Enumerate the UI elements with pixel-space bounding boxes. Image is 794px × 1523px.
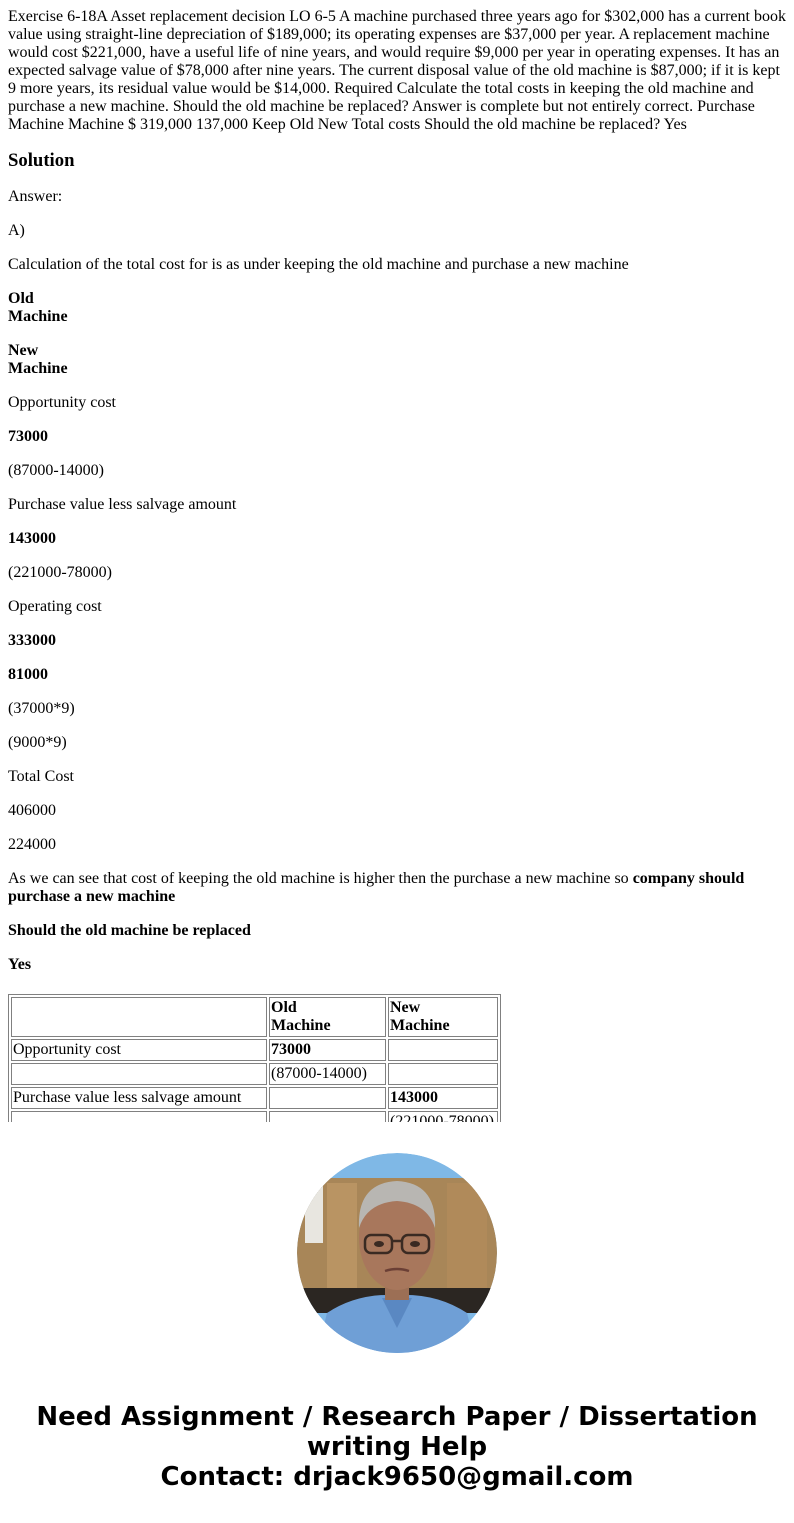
table-cell bbox=[388, 1039, 498, 1061]
operating-new: 81000 bbox=[8, 666, 788, 684]
table-cell: (221000-78000) bbox=[388, 1111, 498, 1122]
solution-heading: Solution bbox=[8, 150, 788, 172]
operating-old-calc: (37000*9) bbox=[8, 700, 788, 718]
table-cell: 73000 bbox=[269, 1039, 386, 1061]
table-row: (221000-78000) bbox=[11, 1111, 498, 1122]
operating-label: Operating cost bbox=[8, 598, 788, 616]
table-cell: Purchase value less salvage amount bbox=[11, 1087, 267, 1109]
table-cell bbox=[11, 1111, 267, 1122]
intro-text: Calculation of the total cost for is as … bbox=[8, 256, 788, 274]
purchase-value: 143000 bbox=[8, 530, 788, 548]
promo-contact: Contact: drjack9650@gmail.com bbox=[0, 1462, 794, 1492]
table-cell bbox=[269, 1087, 386, 1109]
document-body: Exercise 6-18A Asset replacement decisio… bbox=[8, 0, 788, 974]
promo-line-1: Need Assignment / Research Paper / Disse… bbox=[0, 1402, 794, 1432]
opportunity-value: 73000 bbox=[8, 428, 788, 446]
new-machine-heading: NewMachine bbox=[8, 342, 788, 378]
replace-question: Should the old machine be replaced bbox=[8, 922, 788, 940]
person-photo-icon bbox=[297, 1153, 497, 1353]
table-row: Opportunity cost 73000 bbox=[11, 1039, 498, 1061]
table-cell bbox=[388, 1063, 498, 1085]
solution-table: OldMachine NewMachine Opportunity cost 7… bbox=[8, 994, 501, 1122]
table-cell: 143000 bbox=[388, 1087, 498, 1109]
question-text: Exercise 6-18A Asset replacement decisio… bbox=[8, 8, 788, 134]
answer-label: Answer: bbox=[8, 188, 788, 206]
purchase-calc: (221000-78000) bbox=[8, 564, 788, 582]
table-header-cell: NewMachine bbox=[388, 997, 498, 1037]
opportunity-calc: (87000-14000) bbox=[8, 462, 788, 480]
old-machine-heading: OldMachine bbox=[8, 290, 788, 326]
total-new: 224000 bbox=[8, 836, 788, 854]
opportunity-label: Opportunity cost bbox=[8, 394, 788, 412]
total-old: 406000 bbox=[8, 802, 788, 820]
replace-answer: Yes bbox=[8, 956, 788, 974]
avatar bbox=[297, 1153, 497, 1353]
solution-table-container: OldMachine NewMachine Opportunity cost 7… bbox=[8, 994, 508, 1122]
purchase-label: Purchase value less salvage amount bbox=[8, 496, 788, 514]
table-cell bbox=[11, 1063, 267, 1085]
table-row: Purchase value less salvage amount 14300… bbox=[11, 1087, 498, 1109]
table-header-cell: OldMachine bbox=[269, 997, 386, 1037]
table-cell: Opportunity cost bbox=[11, 1039, 267, 1061]
table-row: (87000-14000) bbox=[11, 1063, 498, 1085]
total-label: Total Cost bbox=[8, 768, 788, 786]
part-label: A) bbox=[8, 222, 788, 240]
operating-new-calc: (9000*9) bbox=[8, 734, 788, 752]
promo-line-2: writing Help bbox=[0, 1432, 794, 1462]
table-header-row: OldMachine NewMachine bbox=[11, 997, 498, 1037]
table-header-cell bbox=[11, 997, 267, 1037]
promo-banner: Need Assignment / Research Paper / Disse… bbox=[0, 1402, 794, 1492]
operating-old: 333000 bbox=[8, 632, 788, 650]
table-cell: (87000-14000) bbox=[269, 1063, 386, 1085]
table-cell bbox=[269, 1111, 386, 1122]
conclusion: As we can see that cost of keeping the o… bbox=[8, 870, 788, 906]
